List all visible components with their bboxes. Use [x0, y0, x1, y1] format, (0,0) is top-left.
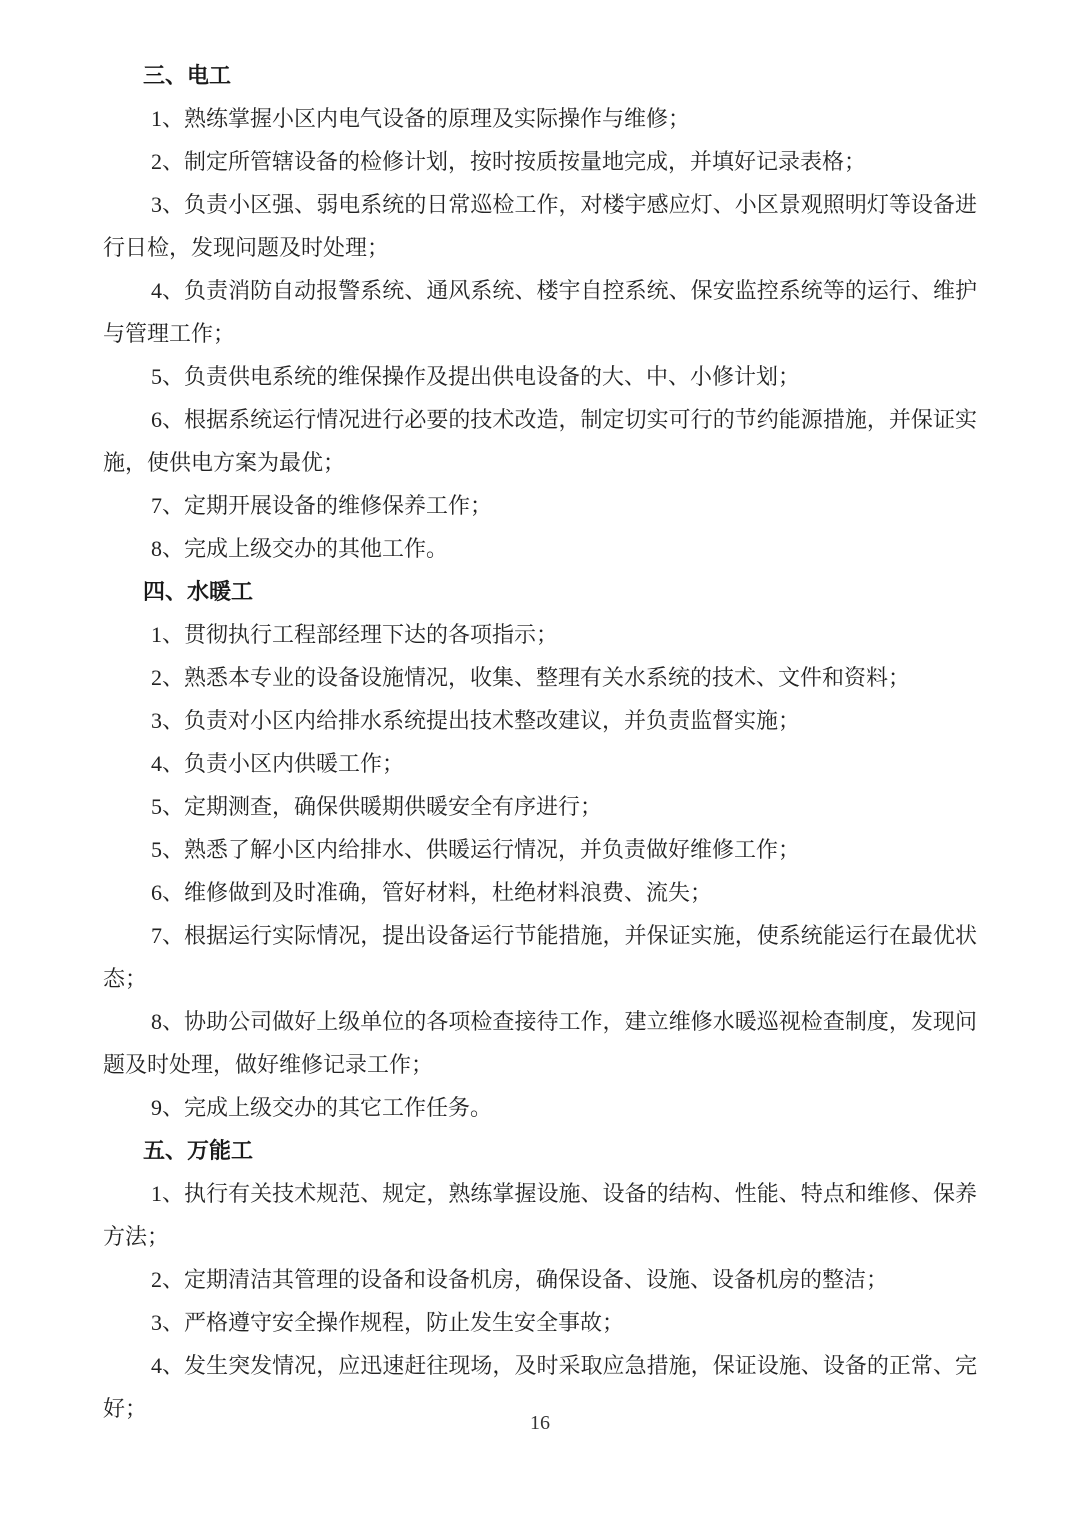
- list-item: 5、熟悉了解小区内给排水、供暖运行情况，并负责做好维修工作；: [103, 828, 977, 871]
- list-item: 1、执行有关技术规范、规定，熟练掌握设施、设备的结构、性能、特点和维修、保养方法…: [103, 1172, 977, 1258]
- list-item: 4、负责小区内供暖工作；: [103, 742, 977, 785]
- list-item: 3、负责对小区内给排水系统提出技术整改建议，并负责监督实施；: [103, 699, 977, 742]
- list-item: 7、定期开展设备的维修保养工作；: [103, 484, 977, 527]
- list-item: 6、根据系统运行情况进行必要的技术改造，制定切实可行的节约能源措施，并保证实施，…: [103, 398, 977, 484]
- document-body: 三、电工 1、熟练掌握小区内电气设备的原理及实际操作与维修； 2、制定所管辖设备…: [103, 54, 977, 1430]
- list-item: 6、维修做到及时准确，管好材料，杜绝材料浪费、流失；: [103, 871, 977, 914]
- section-heading-handyman: 五、万能工: [103, 1129, 977, 1172]
- list-item: 8、协助公司做好上级单位的各项检查接待工作，建立维修水暖巡视检查制度，发现问题及…: [103, 1000, 977, 1086]
- list-item: 8、完成上级交办的其他工作。: [103, 527, 977, 570]
- section-heading-electrician: 三、电工: [103, 54, 977, 97]
- list-item: 1、贯彻执行工程部经理下达的各项指示；: [103, 613, 977, 656]
- list-item: 4、负责消防自动报警系统、通风系统、楼宇自控系统、保安监控系统等的运行、维护与管…: [103, 269, 977, 355]
- page-footer: 16: [0, 1408, 1080, 1438]
- list-item: 2、定期清洁其管理的设备和设备机房，确保设备、设施、设备机房的整洁；: [103, 1258, 977, 1301]
- document-page: 三、电工 1、熟练掌握小区内电气设备的原理及实际操作与维修； 2、制定所管辖设备…: [0, 0, 1080, 1527]
- list-item: 5、负责供电系统的维保操作及提出供电设备的大、中、小修计划；: [103, 355, 977, 398]
- list-item: 1、熟练掌握小区内电气设备的原理及实际操作与维修；: [103, 97, 977, 140]
- list-item: 2、制定所管辖设备的检修计划，按时按质按量地完成，并填好记录表格；: [103, 140, 977, 183]
- section-heading-plumber: 四、水暖工: [103, 570, 977, 613]
- page-number: 16: [530, 1412, 550, 1434]
- list-item: 3、严格遵守安全操作规程，防止发生安全事故；: [103, 1301, 977, 1344]
- list-item: 7、根据运行实际情况，提出设备运行节能措施，并保证实施，使系统能运行在最优状态；: [103, 914, 977, 1000]
- list-item: 9、完成上级交办的其它工作任务。: [103, 1086, 977, 1129]
- list-item: 2、熟悉本专业的设备设施情况，收集、整理有关水系统的技术、文件和资料；: [103, 656, 977, 699]
- list-item: 5、定期测查，确保供暖期供暖安全有序进行；: [103, 785, 977, 828]
- list-item: 3、负责小区强、弱电系统的日常巡检工作，对楼宇感应灯、小区景观照明灯等设备进行日…: [103, 183, 977, 269]
